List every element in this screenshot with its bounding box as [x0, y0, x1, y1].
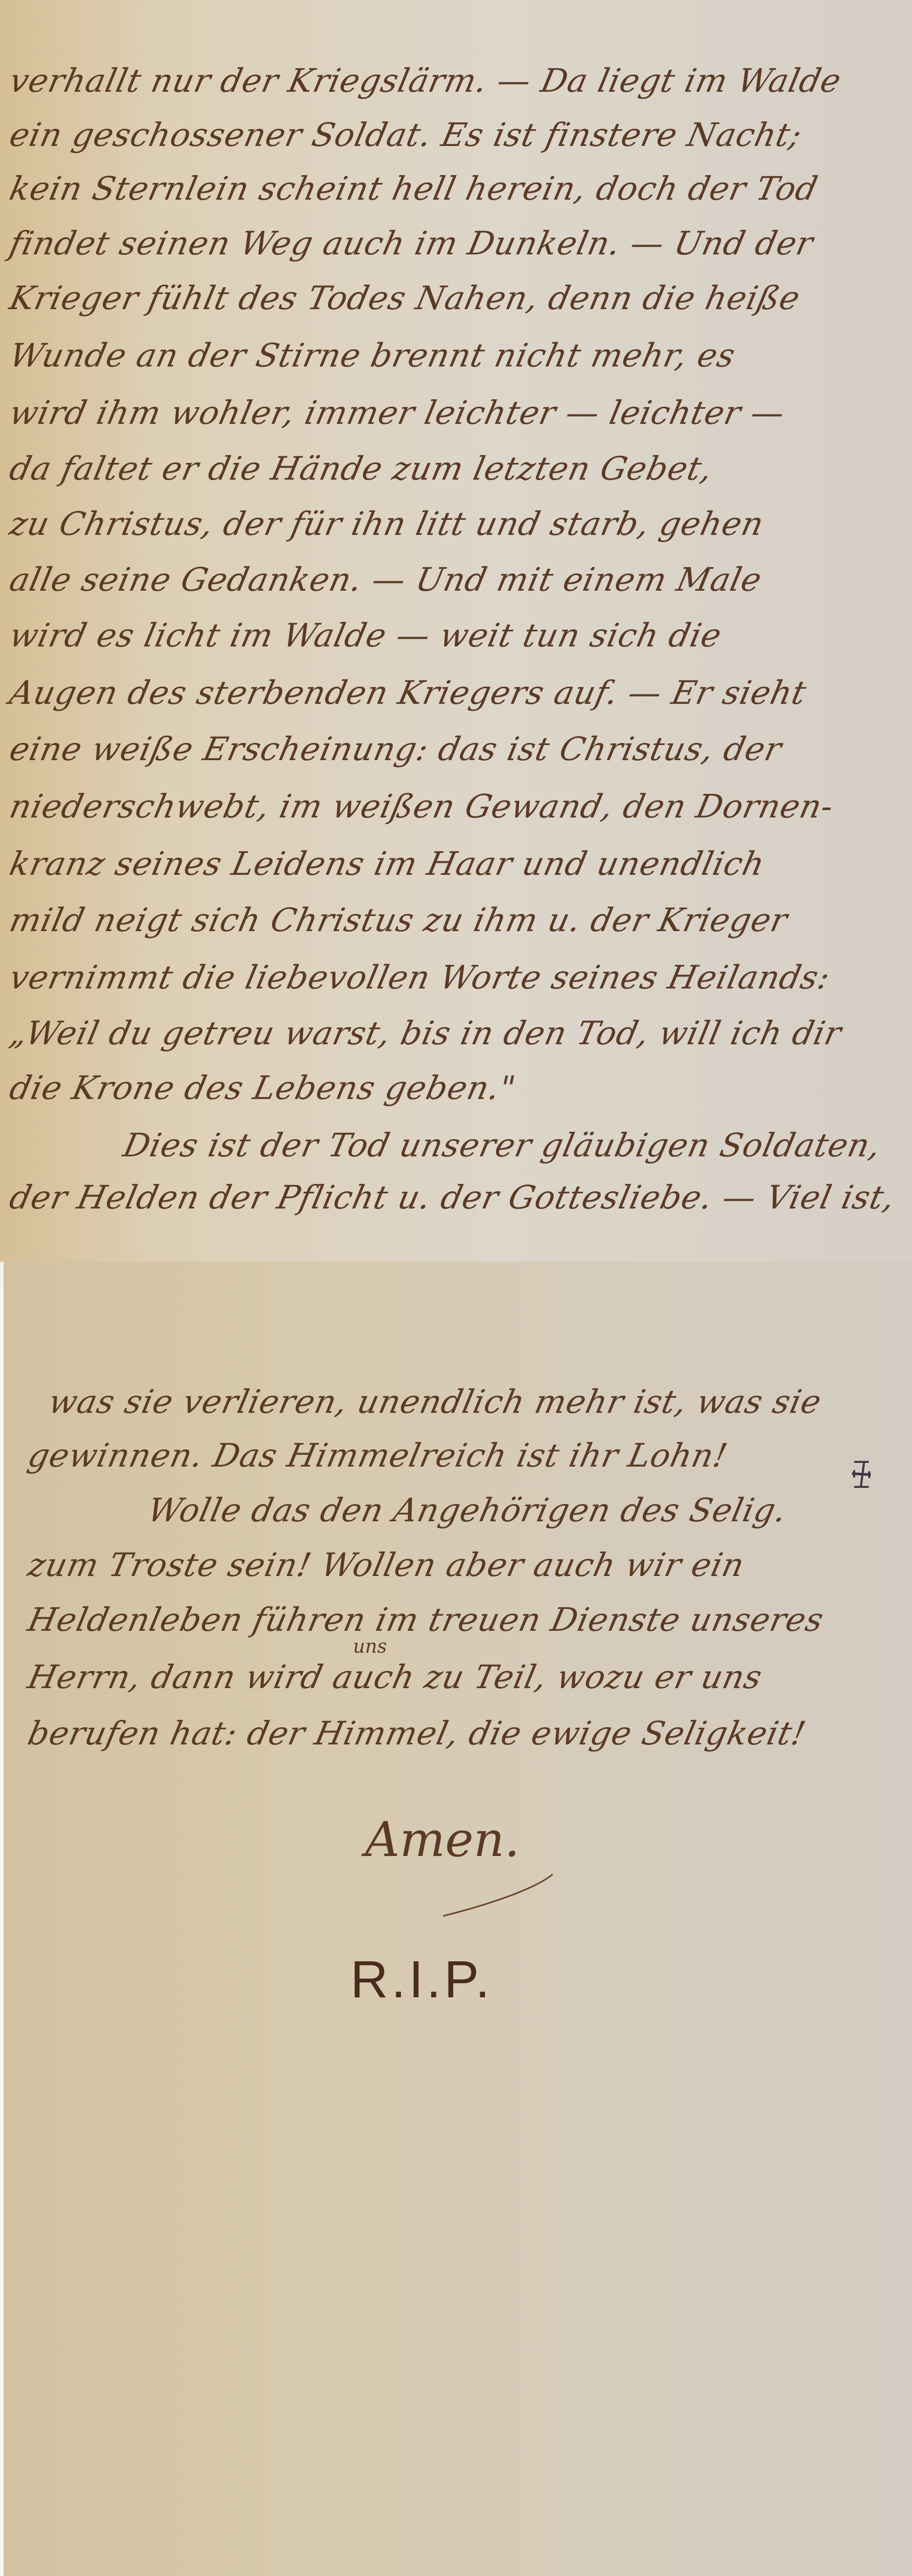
rip-initials: R.I.P.	[350, 1950, 493, 2010]
text-line: niederschwebt, im weißen Gewand, den Dor…	[6, 787, 837, 825]
text-line: da faltet er die Hände zum letzten Gebet…	[6, 449, 716, 487]
text-line: Wunde an der Stirne brennt nicht mehr, e…	[6, 336, 739, 374]
text-line: was sie verlieren, unendlich mehr ist, w…	[45, 1383, 825, 1421]
text-line: Krieger fühlt des Todes Nahen, denn die …	[6, 279, 804, 317]
cross-stamp-icon	[852, 1461, 871, 1488]
text-line: eine weiße Erscheinung: das ist Christus…	[6, 730, 785, 768]
text-line: der Helden der Pflicht u. der Gotteslieb…	[6, 1178, 898, 1216]
text-line-indented: Wolle das den Angehörigen des Selig.	[144, 1491, 791, 1529]
text-line: zu Christus, der für ihn litt und starb,…	[6, 505, 768, 543]
text-line: gewinnen. Das Himmelreich ist ihr Lohn!	[25, 1436, 731, 1474]
text-line: „Weil du getreu warst, bis in den Tod, w…	[6, 1014, 845, 1052]
text-line: Augen des sterbenden Kriegers auf. — Er …	[6, 674, 810, 712]
closing-amen: Amen.	[365, 1812, 520, 1867]
text-line: mild neigt sich Christus zu ihm u. der K…	[6, 901, 791, 939]
text-line: kranz seines Leidens im Haar und unendli…	[6, 845, 768, 883]
manuscript-page-2: was sie verlieren, unendlich mehr ist, w…	[4, 1262, 912, 2576]
text-line: alle seine Gedanken. — Und mit einem Mal…	[6, 560, 765, 599]
text-line: Heldenleben führen im treuen Dienste uns…	[25, 1601, 827, 1639]
manuscript-page-1: verhallt nur der Kriegslärm. — Da liegt …	[0, 0, 912, 1262]
text-line: findet seinen Weg auch im Dunkeln. — Und…	[6, 224, 817, 262]
text-line-indented: Dies ist der Tod unserer gläubigen Solda…	[120, 1126, 884, 1164]
text-line: wird ihm wohler, immer leichter — leicht…	[6, 394, 788, 432]
text-line: verhallt nur der Kriegslärm. — Da liegt …	[6, 62, 845, 100]
text-line: vernimmt die liebevollen Worte seines He…	[6, 958, 834, 996]
text-line: Herrn, dann wird auch zu Teil, wozu er u…	[25, 1658, 765, 1696]
signature-flourish	[433, 1872, 558, 1919]
text-line: kein Sternlein scheint hell herein, doch…	[6, 169, 821, 207]
text-line: ein geschossener Soldat. Es ist finstere…	[6, 116, 806, 154]
inserted-word: uns	[353, 1636, 387, 1657]
text-line: die Krone des Lebens geben."	[6, 1069, 519, 1107]
text-line: wird es licht im Walde — weit tun sich d…	[6, 616, 725, 654]
text-line: berufen hat: der Himmel, die ewige Selig…	[25, 1714, 809, 1752]
text-line: zum Troste sein! Wollen aber auch wir ei…	[25, 1546, 748, 1584]
